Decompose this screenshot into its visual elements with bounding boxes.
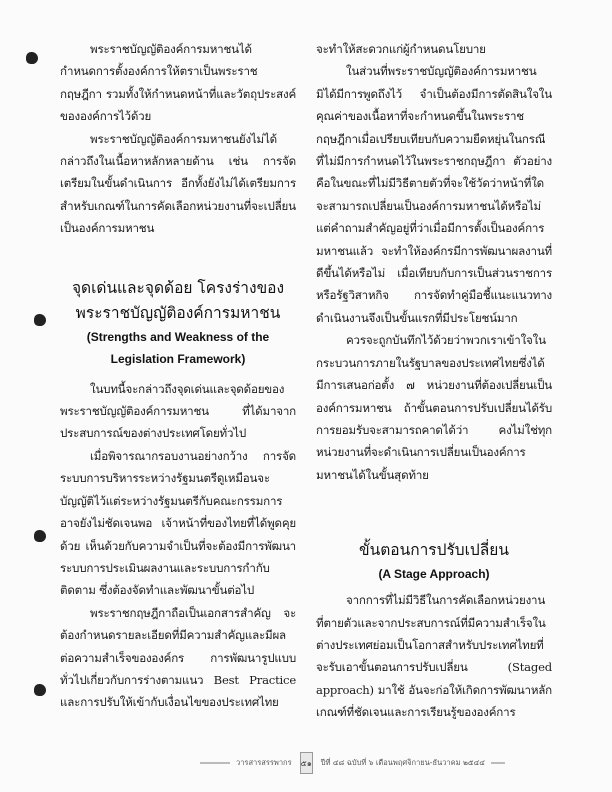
binder-hole-icon	[26, 52, 38, 64]
paragraph: พระราชบัญญัติองค์การมหาชนยังไม่ได้กล่าวถ…	[60, 128, 296, 240]
spacer	[60, 370, 296, 378]
paragraph: พระราชกฤษฎีกาถือเป็นเอกสารสำคัญ จะต้องกำ…	[60, 602, 296, 714]
document-page: พระราชบัญญัติองค์การมหาชนได้กำหนดการตั้ง…	[0, 0, 612, 792]
paragraph: ในส่วนที่พระราชบัญญัติองค์การมหาชนมิได้ม…	[316, 60, 552, 329]
spacer	[60, 240, 296, 276]
paragraph: ควรจะถูกบันทึกไว้ด้วยว่าพวกเราเข้าใจในกร…	[316, 329, 552, 486]
spacer	[316, 486, 552, 538]
page-number-badge: ๕๑	[300, 752, 313, 774]
section-subheading: (A Stage Approach)	[316, 563, 552, 585]
section-subheading: Legislation Framework)	[60, 348, 296, 370]
paragraph: จากการที่ไม่มีวิธีในการคัดเลือกหน่วยงานท…	[316, 589, 552, 723]
paragraph: จะทำให้สะดวกแก่ผู้กำหนดนโยบาย	[316, 38, 552, 60]
binder-hole-icon	[34, 684, 46, 696]
page-number: ๕๑	[301, 757, 312, 770]
left-column: พระราชบัญญัติองค์การมหาชนได้กำหนดการตั้ง…	[60, 38, 296, 714]
paragraph: พระราชบัญญัติองค์การมหาชนได้กำหนดการตั้ง…	[60, 38, 296, 128]
issue-info: ปีที่ ๔๘ ฉบับที่ ๖ เดือนพฤศจิกายน-ธันวาค…	[321, 757, 485, 769]
binder-hole-icon	[34, 530, 46, 542]
section-heading: จุดเด่นและจุดด้อย โครงร่างของพระราชบัญญั…	[60, 276, 296, 326]
section-heading: ขั้นตอนการปรับเปลี่ยน	[316, 538, 552, 563]
paragraph: เมื่อพิจารณากรอบงานอย่างกว้าง การจัดระบบ…	[60, 445, 296, 602]
right-column: จะทำให้สะดวกแก่ผู้กำหนดนโยบาย ในส่วนที่พ…	[316, 38, 552, 724]
binder-hole-icon	[34, 314, 46, 326]
footer-rule	[491, 762, 505, 764]
section-subheading: (Strengths and Weakness of the	[60, 326, 296, 348]
footer-rule	[200, 762, 230, 764]
journal-name: วารสารสรรพากร	[236, 757, 292, 769]
page-footer: วารสารสรรพากร ๕๑ ปีที่ ๔๘ ฉบับที่ ๖ เดือ…	[200, 752, 500, 774]
paragraph: ในบทนี้จะกล่าวถึงจุดเด่นและจุดด้อยของพระ…	[60, 378, 296, 445]
